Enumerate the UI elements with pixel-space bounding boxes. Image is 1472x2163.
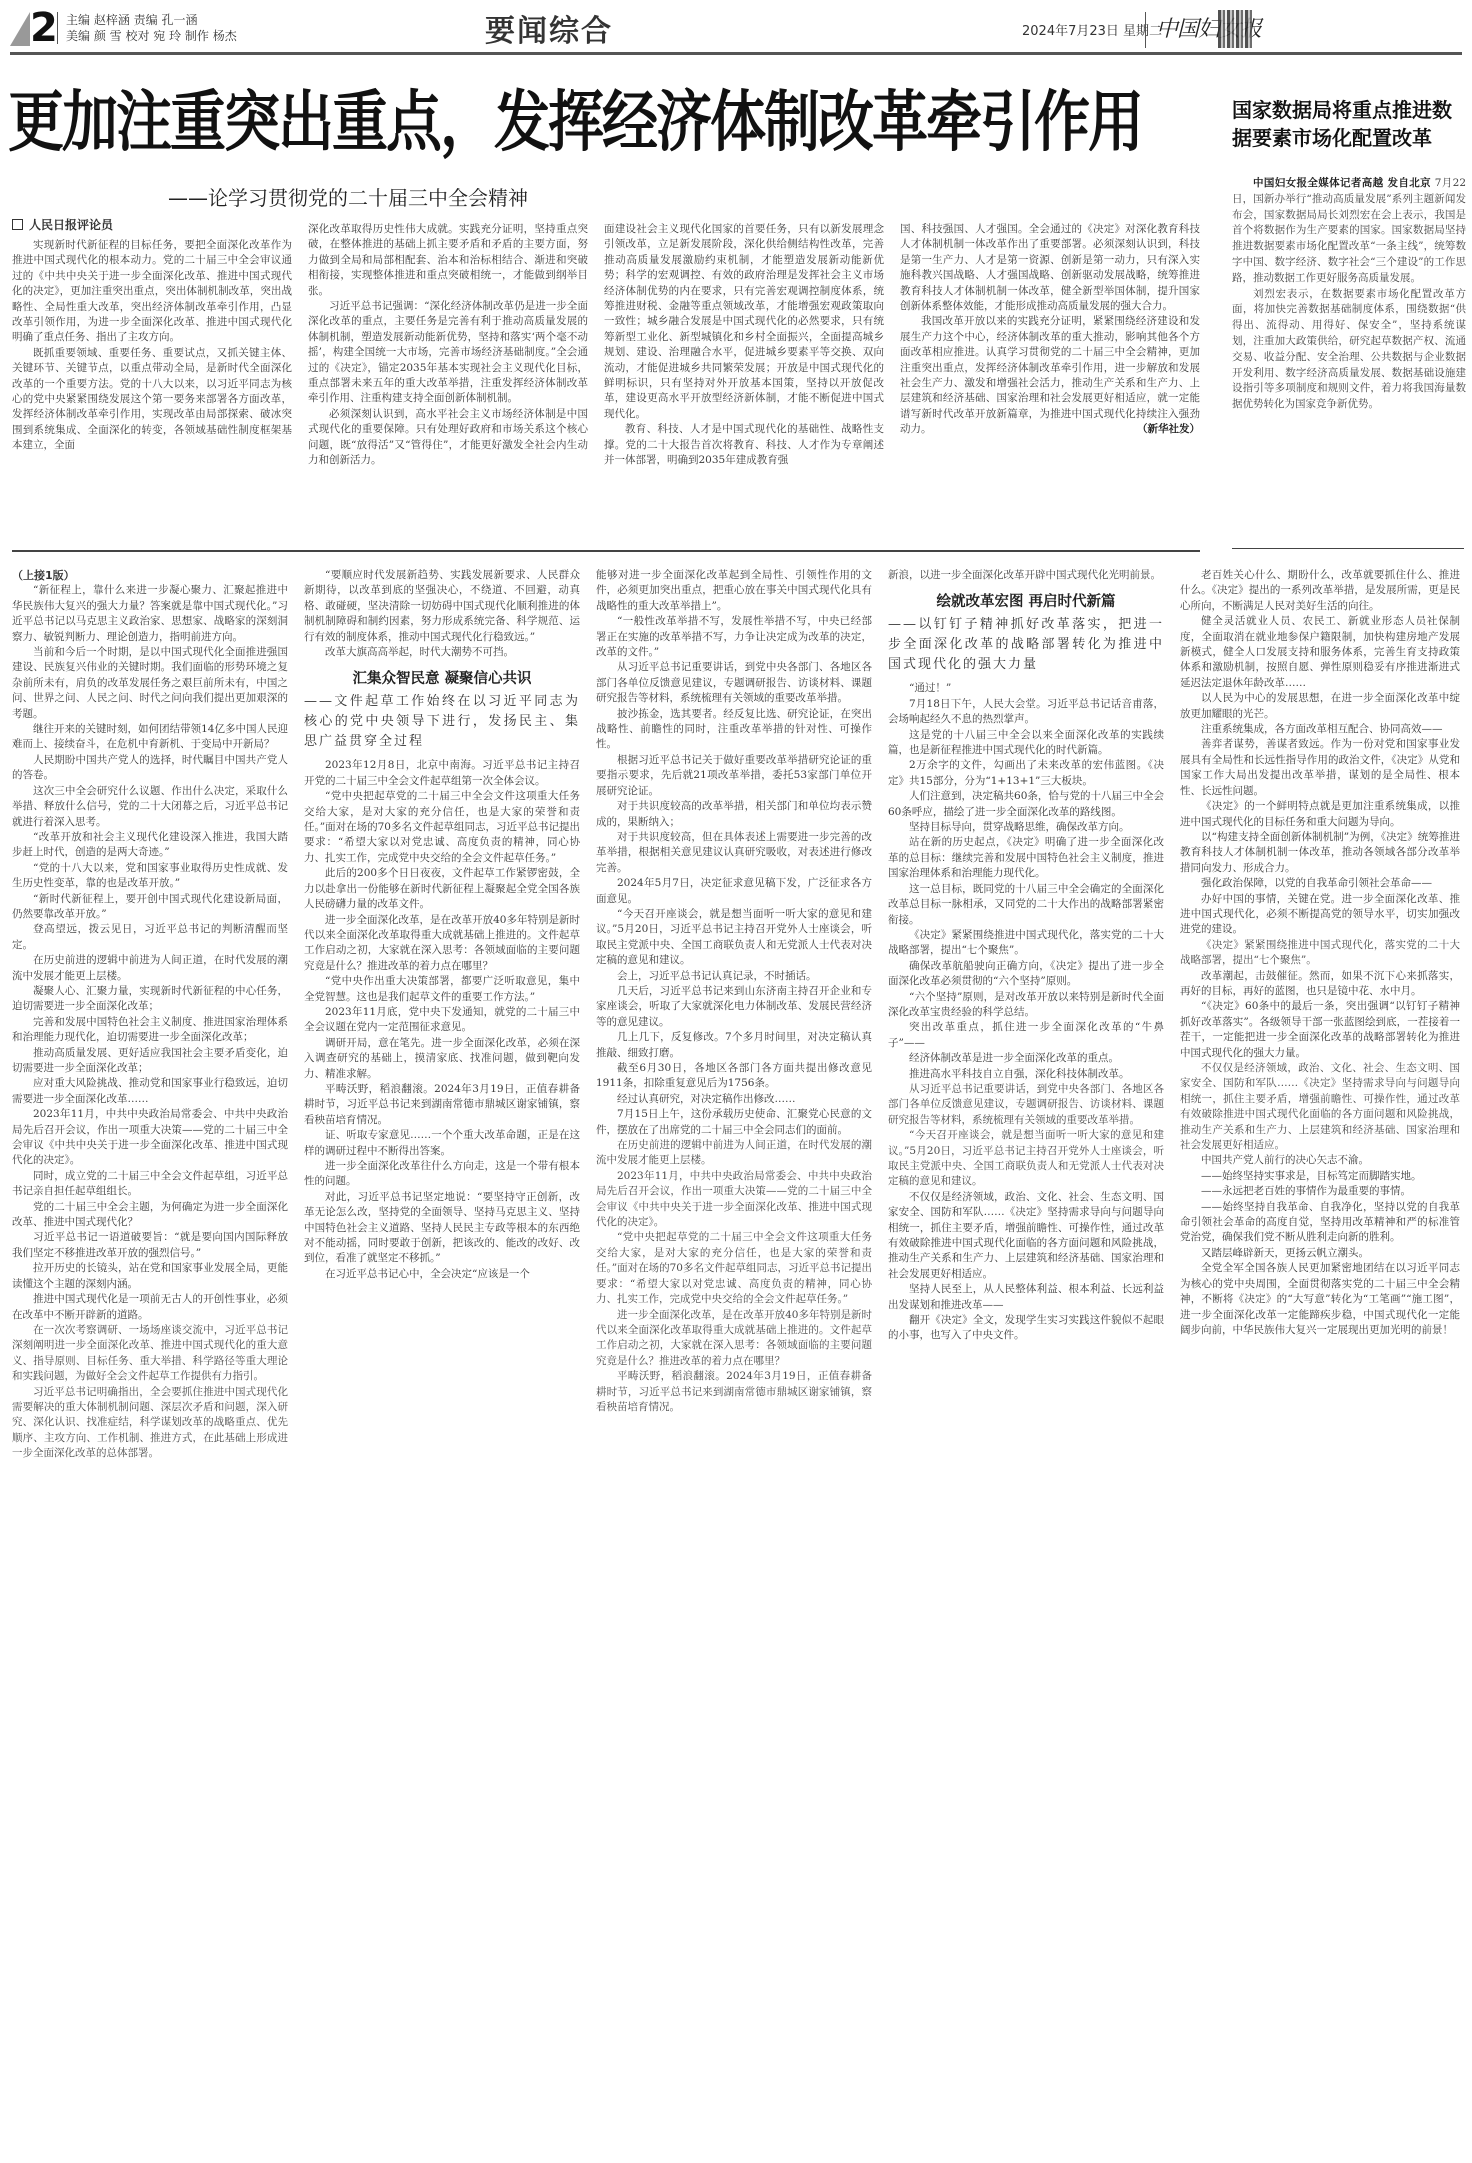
paragraph: ——始终坚持实事求是，目标笃定而脚踏实地。 — [1180, 1169, 1460, 1184]
paragraph: 又踏层峰辟新天，更扬云帆立潮头。 — [1180, 1246, 1460, 1261]
paragraph: “党中央作出重大决策部署，都要广泛听取意见，集中全党智慧。这也是我们起草文件的重… — [304, 974, 580, 1005]
paragraph: 拉开历史的长镜头，站在党和国家事业发展全局，更能读懂这个主题的深刻内涵。 — [12, 1261, 288, 1292]
paragraph: 经济体制改革是进一步全面深化改革的重点。 — [888, 1051, 1164, 1066]
paragraph: 既抓重要领域、重要任务、重要试点，又抓关键主体、关键环节、关键节点，以重点带动全… — [12, 346, 292, 454]
paragraph: 对于共识度较高的改革举措，相关部门和单位均表示赞成的，果断纳入； — [596, 799, 872, 830]
paragraph: 不仅仅是经济领域，政治、文化、社会、生态文明、国家安全、国防和军队……《决定》坚… — [888, 1190, 1164, 1282]
issue-date: 2024年7月23日 星期二 — [1022, 20, 1162, 39]
paragraph: “新征程上，靠什么来进一步凝心聚力、汇聚起推进中华民族伟大复兴的强大力量？答案就… — [12, 583, 288, 645]
paragraph: 完善和发展中国特色社会主义制度、推进国家治理体系和治理能力现代化，迫切需要进一步… — [12, 1015, 288, 1046]
paragraph: “今天召开座谈会，就是想当面听一听大家的意见和建议。”5月20日，习近平总书记主… — [596, 907, 872, 969]
feature-column-4: 新浪，以进一步全面深化改革开辟中国式现代化光明前景。 绘就改革宏图 再启时代新篇… — [888, 568, 1164, 2163]
paragraph: 面建设社会主义现代化国家的首要任务，只有以新发展理念引领改革，立足新发展阶段，深… — [604, 222, 884, 422]
paragraph: 注重系统集成，各方面改革相互配合、协同高效—— — [1180, 722, 1460, 737]
lead-column-4: 国、科技强国、人才强国。全会通过的《决定》对深化教育科技人才体制机制一体改革作出… — [900, 222, 1200, 548]
paragraph: 翻开《决定》全文，发现学生实习实践这件貌似不起眼的小事，也写入了中央文件。 — [888, 1313, 1164, 1344]
paragraph: 办好中国的事情，关键在党。进一步全面深化改革、推进中国式现代化，必须不断提高党的… — [1180, 892, 1460, 938]
paragraph: 2023年11月底，党中央下发通知，就党的二十届三中全会议题在党内一定范围征求意… — [304, 1005, 580, 1036]
byline-text: 人民日报评论员 — [29, 218, 113, 232]
lead-byline: 人民日报评论员 — [12, 216, 113, 233]
paragraph: 能够对进一步全面深化改革起到全局性、引领性作用的文件，必须更加突出重点，把重心放… — [596, 568, 872, 614]
page-number: 2 — [30, 6, 58, 50]
paragraph: 2万余字的文件，勾画出了未来改革的宏伟蓝图。《决定》共15部分，分为“1+13+… — [888, 758, 1164, 789]
section-title: 要闻综合 — [485, 6, 613, 50]
section-subheading-2: ——以钉钉子精神抓好改革落实，把进一步全面深化改革的战略部署转化为推进中国式现代… — [888, 615, 1164, 675]
paragraph: 以人民为中心的发展思想，在进一步全面深化改革中绽放更加耀眼的光芒。 — [1180, 691, 1460, 722]
section-subheading-1: ——文件起草工作始终在以习近平同志为核心的党中央领导下进行，发扬民主、集思广益贯… — [304, 692, 580, 752]
credits-line-1: 主编 赵梓涵 责编 孔一涵 — [66, 12, 237, 28]
paragraph: 7月18日下午，人民大会堂。习近平总书记话音甫落，会场响起经久不息的热烈掌声。 — [888, 697, 1164, 728]
lead-column-2: 深化改革取得历史性伟大成就。实践充分证明，坚持重点突破，在整体推进的基础上抓主要… — [308, 222, 588, 548]
paragraph: 2023年11月，中共中央政治局常委会、中共中央政治局先后召开会议，作出一项重大… — [12, 1107, 288, 1169]
paragraph: 进一步全面深化改革，是在改革开放40多年特别是新时代以来全面深化改革取得重大成就… — [596, 1308, 872, 1370]
paragraph: 根据习近平总书记关于做好重要改革举措研究论证的重要指示要求，先后就21项改革举措… — [596, 753, 872, 799]
paragraph: 突出改革重点，抓住进一步全面深化改革的“牛鼻子”—— — [888, 1020, 1164, 1051]
paragraph: “通过！” — [888, 681, 1164, 696]
paragraph: 进一步全面深化改革，是在改革开放40多年特别是新时代以来全面深化改革取得重大成就… — [304, 913, 580, 975]
paragraph: 2023年12月8日，北京中南海。习近平总书记主持召开党的二十届三中全会文件起草… — [304, 758, 580, 789]
paragraph: 2024年5月7日，决定征求意见稿下发，广泛征求各方面意见。 — [596, 876, 872, 907]
paragraph: 改革潮起，击鼓催征。然而，如果不沉下心来抓落实，再好的目标，再好的蓝图，也只是镜… — [1180, 969, 1460, 1000]
paragraph: “《决定》60条中的最后一条，突出强调“以钉钉子精神抓好改革落实”。各级领导干部… — [1180, 999, 1460, 1061]
sidebar-body: 中国妇女报全媒体记者高越 发自北京 7月22日，国新办举行“推动高质量发展”系列… — [1232, 176, 1466, 536]
paragraph: 人民期盼中国共产党人的选择，时代瞩目中国共产党人的答卷。 — [12, 753, 288, 784]
paragraph: 教育、科技、人才是中国式现代化的基础性、战略性支撑。党的二十大报告首次将教育、科… — [604, 422, 884, 468]
paragraph: 同时，成立党的二十届三中全会文件起草组，习近平总书记亲自担任起草组组长。 — [12, 1169, 288, 1200]
paragraph: 7月15日上午，这份承载历史使命、汇聚党心民意的文件，摆放在了出席党的二十届三中… — [596, 1107, 872, 1138]
paragraph: 实现新时代新征程的目标任务，要把全面深化改革作为推进中国式现代化的根本动力。党的… — [12, 238, 292, 346]
paragraph: 这次三中全会研究什么议题、作出什么决定，采取什么举措、释放什么信号，党的二十大闭… — [12, 784, 288, 830]
paragraph: 这是党的十八届三中全会以来全面深化改革的实践续篇，也是新征程推进中国式现代化的时… — [888, 728, 1164, 759]
paragraph: 不仅仅是经济领域，政治、文化、社会、生态文明、国家安全、国防和军队……《决定》坚… — [1180, 1061, 1460, 1153]
paragraph: “一般性改革举措不写，发展性举措不写，中央已经部署正在实施的改革举措不写，力争让… — [596, 614, 872, 660]
paragraph: 善弈者谋势，善谋者致远。作为一份对党和国家事业发展具有全局性和长远性指导作用的政… — [1180, 737, 1460, 799]
square-bullet-icon — [12, 219, 23, 230]
qr-code-icon[interactable] — [1218, 10, 1252, 48]
divider — [1145, 12, 1146, 48]
paragraph: 在习近平总书记心中，全会决定“应该是一个 — [304, 1267, 580, 1282]
paragraph: 国、科技强国、人才强国。全会通过的《决定》对深化教育科技人才体制机制一体改革作出… — [900, 222, 1200, 314]
paragraph: 推动高质量发展、更好适应我国社会主要矛盾变化，迫切需要进一步全面深化改革； — [12, 1046, 288, 1077]
lead-column-1: 实现新时代新征程的目标任务，要把全面深化改革作为推进中国式现代化的根本动力。党的… — [12, 238, 292, 548]
paragraph: 凝聚人心、汇聚力量，实现新时代新征程的中心任务，迫切需要进一步全面深化改革； — [12, 984, 288, 1015]
paragraph: 调研开局，意在笔先。进一步全面深化改革，必须在深入调查研究的基础上，摸清家底、找… — [304, 1036, 580, 1082]
paragraph: 在历史前进的逻辑中前进为人间正道，在时代发展的潮流中发展才能更上层楼。 — [596, 1138, 872, 1169]
paragraph: 会上，习近平总书记认真记录，不时插话。 — [596, 969, 872, 984]
paragraph: 这一总目标，既同党的十八届三中全会确定的全面深化改革总目标一脉相承，又同党的二十… — [888, 882, 1164, 928]
paragraph: 习近平总书记明确指出，全会要抓住推进中国式现代化需要解决的重大体制机制问题、深层… — [12, 1385, 288, 1462]
paragraph: 习近平总书记强调：“深化经济体制改革仍是进一步全面深化改革的重点，主要任务是完善… — [308, 299, 588, 407]
paragraph: “党中央把起草党的二十届三中全会文件这项重大任务交给大家，是对大家的充分信任，也… — [596, 1230, 872, 1307]
paragraph: 推进中国式现代化是一项前无古人的开创性事业，必须在改革中不断开辟新的道路。 — [12, 1292, 288, 1323]
paragraph: 平畴沃野，稻浪翻滚。2024年3月19日，正值春耕备耕时节，习近平总书记来到湖南… — [304, 1082, 580, 1128]
paragraph: 对于共识度较高，但在具体表述上需要进一步完善的改革举措，根据相关意见建议认真研究… — [596, 830, 872, 876]
paragraph: 从习近平总书记重要讲话，到党中央各部门、各地区各部门各单位反馈意见建议，专题调研… — [596, 660, 872, 706]
paragraph: 在一次次考察调研、一场场座谈交流中，习近平总书记深刻阐明进一步全面深化改革、推进… — [12, 1323, 288, 1385]
paragraph: 进一步全面深化改革往什么方向走，这是一个带有根本性的问题。 — [304, 1159, 580, 1190]
paragraph: “改革开放和社会主义现代化建设深入推进，我国大踏步赶上时代，创造的是两大奇迹。” — [12, 830, 288, 861]
feature-column-3: 能够对进一步全面深化改革起到全局性、引领性作用的文件，必须更加突出重点，把重心放… — [596, 568, 872, 2163]
paragraph: 推进高水平科技自立自强，深化科技体制改革。 — [888, 1067, 1164, 1082]
paragraph: “党中央把起草党的二十届三中全会文件这项重大任务交给大家，是对大家的充分信任，也… — [304, 789, 580, 866]
sidebar-divider — [1232, 548, 1464, 549]
paragraph: 《决定》紧紧围绕推进中国式现代化，落实党的二十大战略部署，提出“七个聚焦”。 — [888, 928, 1164, 959]
section-heading-2: 绘就改革宏图 再启时代新篇 — [888, 591, 1164, 613]
paragraph: 强化政治保障，以党的自我革命引领社会革命—— — [1180, 876, 1460, 891]
paragraph: 确保改革航船驶向正确方向，《决定》提出了进一步全面深化改革必须贯彻的“六个坚持”… — [888, 959, 1164, 990]
paragraph: 登高望远，拨云见日，习近平总书记的判断清醒而坚定。 — [12, 922, 288, 953]
lead-headline: 更加注重突出重点，发挥经济体制改革牵引作用 — [8, 70, 1208, 164]
dateline: 中国妇女报全媒体记者高越 发自北京 — [1253, 177, 1431, 189]
paragraph: “今天召开座谈会，就是想当面听一听大家的意见和建议。”5月20日，习近平总书记主… — [888, 1128, 1164, 1190]
lead-subhead: ——论学习贯彻党的二十届三中全会精神 — [168, 182, 528, 211]
paragraph: 几上几下，反复修改。7个多月时间里，对决定稿认真推敲、细致打磨。 — [596, 1030, 872, 1061]
paragraph: 全党全军全国各族人民更加紧密地团结在以习近平同志为核心的党中央周围，全面贯彻落实… — [1180, 1261, 1460, 1338]
paragraph: 几天后，习近平总书记来到山东济南主持召开企业和专家座谈会，听取了大家就深化电力体… — [596, 984, 872, 1030]
divider — [57, 12, 58, 44]
paragraph: 2023年11月，中共中央政治局常委会、中共中央政治局先后召开会议，作出一项重大… — [596, 1169, 872, 1231]
paragraph: 必须深刻认识到，高水平社会主义市场经济体制是中国式现代化的重要保障。只有处理好政… — [308, 407, 588, 469]
paragraph: 老百姓关心什么、期盼什么，改革就要抓住什么、推进什么。《决定》提出的一系列改革举… — [1180, 568, 1460, 614]
paragraph: 经过认真研究，对决定稿作出修改…… — [596, 1092, 872, 1107]
paragraph: ——始终坚持自我革命、自我净化，坚持以党的自我革命引领社会革命的高度自觉，坚持用… — [1180, 1200, 1460, 1246]
paragraph: 改革大旗高高举起，时代大潮势不可挡。 — [304, 645, 580, 660]
feature-column-5: 老百姓关心什么、期盼什么，改革就要抓住什么、推进什么。《决定》提出的一系列改革举… — [1180, 568, 1460, 2163]
paragraph: 刘烈宏表示，在数据要素市场化配置改革方面，将加快完善数据基础制度体系，围绕数据“… — [1232, 287, 1466, 413]
paragraph: 从习近平总书记重要讲话，到党中央各部门、各地区各部门各单位反馈意见建议，专题调研… — [888, 1082, 1164, 1128]
lead-column-3: 面建设社会主义现代化国家的首要任务，只有以新发展理念引领改革，立足新发展阶段，深… — [604, 222, 884, 548]
paragraph: 党的二十届三中全会主题，为何确定为进一步全面深化改革、推进中国式现代化？ — [12, 1200, 288, 1231]
paragraph: 对此，习近平总书记坚定地说：“要坚持守正创新，改革无论怎么改，坚持党的全面领导、… — [304, 1190, 580, 1267]
paragraph: ——永远把老百姓的事情作为最重要的事情。 — [1180, 1184, 1460, 1199]
paragraph: 站在新的历史起点，《决定》明确了进一步全面深化改革的总目标：继续完善和发展中国特… — [888, 835, 1164, 881]
paragraph: 此后的200多个日日夜夜，文件起草工作紧锣密鼓，全力以赴拿出一份能够在新时代新征… — [304, 866, 580, 912]
paragraph: “要顺应时代发展新趋势、实践发展新要求、人民群众新期待，以改革到底的坚强决心，不… — [304, 568, 580, 645]
paragraph: 深化改革取得历史性伟大成就。实践充分证明，坚持重点突破，在整体推进的基础上抓主要… — [308, 222, 588, 299]
continued-label: （上接1版） — [12, 568, 288, 583]
paragraph: “党的十八大以来，党和国家事业取得历史性成就、发生历史性变革，靠的也是改革开放。… — [12, 861, 288, 892]
feature-column-1: （上接1版） “新征程上，靠什么来进一步凝心聚力、汇聚起推进中华民族伟大复兴的强… — [12, 568, 288, 2163]
paragraph: 应对重大风险挑战、推动党和国家事业行稳致远，迫切需要进一步全面深化改革…… — [12, 1076, 288, 1107]
feature-column-2: “要顺应时代发展新趋势、实践发展新要求、人民群众新期待，以改革到底的坚强决心，不… — [304, 568, 580, 2163]
paragraph: 坚持人民至上，从人民整体利益、根本利益、长远利益出发谋划和推进改革—— — [888, 1282, 1164, 1313]
paragraph: 证、听取专家意见……一个个重大改革命题，正是在这样的调研过程中不断得出答案。 — [304, 1128, 580, 1159]
paragraph: 中国妇女报全媒体记者高越 发自北京 7月22日，国新办举行“推动高质量发展”系列… — [1232, 176, 1466, 287]
paragraph: “六个坚持”原则，是对改革开放以来特别是新时代全面深化改革宝贵经验的科学总结。 — [888, 990, 1164, 1021]
paragraph: 人们注意到，决定稿共60条，恰与党的十八届三中全会60条呼应，描绘了进一步全面深… — [888, 789, 1164, 820]
paragraph: 《决定》的一个鲜明特点就是更加注重系统集成，以推进中国式现代化的目标任务和重大问… — [1180, 799, 1460, 830]
paragraph: 披沙拣金，选其要者。经反复比选、研究论证，在突出战略性、前瞻性的同时，注重改革举… — [596, 707, 872, 753]
paragraph: 平畴沃野，稻浪翻滚。2024年3月19日，正值春耕备耕时节，习近平总书记来到湖南… — [596, 1369, 872, 1415]
masthead-rule — [10, 52, 1462, 55]
source-credit: （新华社发） — [1116, 422, 1200, 437]
paragraph: 中国共产党人前行的决心矢志不渝。 — [1180, 1153, 1460, 1168]
paragraph: 健全灵活就业人员、农民工、新就业形态人员社保制度，全面取消在就业地参保户籍限制，… — [1180, 614, 1460, 691]
page-masthead: 2 主编 赵梓涵 责编 孔一涵 美编 颜 雪 校对 宛 玲 制作 杨杰 要闻综合… — [0, 0, 1472, 56]
sidebar-headline: 国家数据局将重点推进数据要素市场化配置改革 — [1232, 96, 1464, 152]
paragraph: 在历史前进的逻辑中前进为人间正道，在时代发展的潮流中发展才能更上层楼。 — [12, 953, 288, 984]
paragraph: 《决定》紧紧围绕推进中国式现代化，落实党的二十大战略部署，提出“七个聚焦”。 — [1180, 938, 1460, 969]
section-divider — [12, 550, 1200, 552]
paragraph: 截至6月30日，各地区各部门各方面共提出修改意见1911条，扣除重复意见后为17… — [596, 1061, 872, 1092]
paragraph: 坚持目标导向，贯穿战略思维，确保改革方向。 — [888, 820, 1164, 835]
paragraph: 以“构建支持全面创新体制机制”为例，《决定》统筹推进教育科技人才体制机制一体改革… — [1180, 830, 1460, 876]
credits-line-2: 美编 颜 雪 校对 宛 玲 制作 杨杰 — [66, 28, 237, 44]
paragraph: 我国改革开放以来的实践充分证明，紧紧围绕经济建设和发展生产力这个中心，经济体制改… — [900, 314, 1200, 437]
paragraph: 习近平总书记一语道破要旨：“就是要向国内国际释放我们坚定不移推进改革开放的强烈信… — [12, 1230, 288, 1261]
paragraph: 继往开来的关键时刻，如何团结带领14亿多中国人民迎难而上、接续奋斗，在危机中育新… — [12, 722, 288, 753]
page-corner-triangle-icon — [10, 12, 30, 46]
paragraph: “新时代新征程上，要开创中国式现代化建设新局面，仍然要靠改革开放。” — [12, 892, 288, 923]
paragraph: 当前和今后一个时期，是以中国式现代化全面推进强国建设、民族复兴伟业的关键时期。我… — [12, 645, 288, 722]
paragraph: 新浪，以进一步全面深化改革开辟中国式现代化光明前景。 — [888, 568, 1164, 583]
editor-credits: 主编 赵梓涵 责编 孔一涵 美编 颜 雪 校对 宛 玲 制作 杨杰 — [66, 12, 237, 44]
section-heading-1: 汇集众智民意 凝聚信心共识 — [304, 668, 580, 690]
